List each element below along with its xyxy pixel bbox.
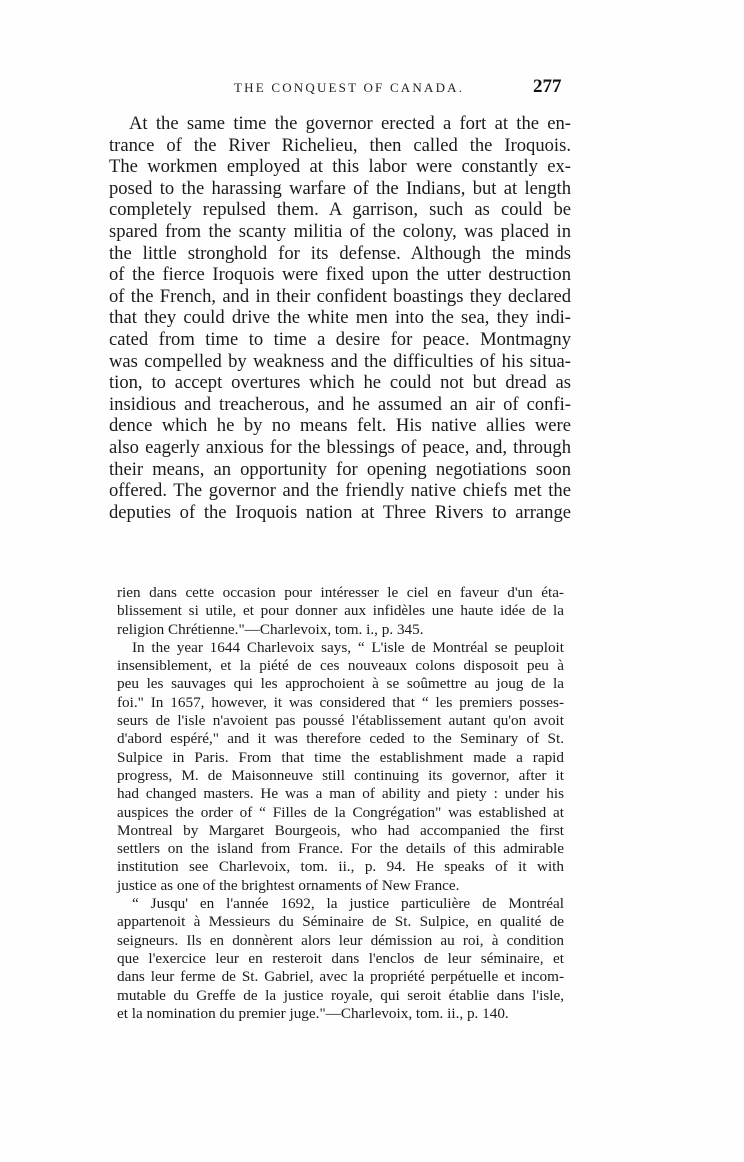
footnotes: rien dans cette occasion pour intéresser…	[117, 584, 564, 1023]
footnote-line: had changed masters. He was a man of abi…	[117, 785, 564, 803]
footnote-line: foi." In 1657, however, it was considere…	[117, 694, 564, 712]
main-text: At the same time the governor erected a …	[109, 113, 571, 523]
page-header: THE CONQUEST OF CANADA. 277	[110, 76, 570, 100]
text-line: insidious and treacherous, and he assume…	[109, 394, 571, 416]
footnote-line: religion Chrétienne."—Charlevoix, tom. i…	[117, 621, 564, 639]
text-line: their means, an opportunity for opening …	[109, 459, 571, 481]
text-line: that they could drive the white men into…	[109, 307, 571, 329]
footnote-line: appartenoit à Messieurs du Séminaire de …	[117, 913, 564, 931]
text-line: of the fierce Iroquois were fixed upon t…	[109, 264, 571, 286]
text-line: completely repulsed them. A garrison, su…	[109, 199, 571, 221]
footnote-line: “ Jusqu' en l'année 1692, la justice par…	[117, 895, 564, 913]
running-title: THE CONQUEST OF CANADA.	[234, 80, 464, 96]
text-line: spared from the scanty militia of the co…	[109, 221, 571, 243]
text-line: offered. The governor and the friendly n…	[109, 480, 571, 502]
footnote-line: blissement si utile, et pour donner aux …	[117, 602, 564, 620]
text-line: cated from time to time a desire for pea…	[109, 329, 571, 351]
footnote-line: que l'exercice leur en resteroit dans l'…	[117, 950, 564, 968]
footnote-line: progress, M. de Maisonneuve still contin…	[117, 767, 564, 785]
text-line: trance of the River Richelieu, then call…	[109, 135, 571, 157]
text-line: At the same time the governor erected a …	[109, 113, 571, 135]
footnote-line: In the year 1644 Charlevoix says, “ L'is…	[117, 639, 564, 657]
text-line: posed to the harassing warfare of the In…	[109, 178, 571, 200]
text-line: of the French, and in their confident bo…	[109, 286, 571, 308]
footnote-line: mutable du Greffe de la justice royale, …	[117, 987, 564, 1005]
footnote-line: auspices the order of “ Filles de la Con…	[117, 804, 564, 822]
book-page: THE CONQUEST OF CANADA. 277 At the same …	[0, 0, 744, 1162]
footnote-line: peu les sauvages qui les approchoient à …	[117, 675, 564, 693]
footnote-line: institution see Charlevoix, tom. ii., p.…	[117, 858, 564, 876]
footnote-line: Montreal by Margaret Bourgeois, who had …	[117, 822, 564, 840]
footnote-line: seurs de l'isle n'avoient pas poussé l'é…	[117, 712, 564, 730]
text-line: the little stronghold for its defense. A…	[109, 243, 571, 265]
text-line: also eagerly anxious for the blessings o…	[109, 437, 571, 459]
footnote-line: justice as one of the brightest ornament…	[117, 877, 564, 895]
footnote-line: seigneurs. Ils en donnèrent alors leur d…	[117, 932, 564, 950]
footnote-line: Sulpice in Paris. From that time the est…	[117, 749, 564, 767]
footnote-line: dans leur ferme de St. Gabriel, avec la …	[117, 968, 564, 986]
footnote-line: insensiblement, et la piété de ces nouve…	[117, 657, 564, 675]
footnote-line: et la nomination du premier juge."—Charl…	[117, 1005, 564, 1023]
footnote-line: settlers on the island from France. For …	[117, 840, 564, 858]
page-number: 277	[533, 76, 562, 98]
footnote-line: rien dans cette occasion pour intéresser…	[117, 584, 564, 602]
text-line: tion, to accept overtures which he could…	[109, 372, 571, 394]
text-line: dence which he by no means felt. His nat…	[109, 415, 571, 437]
text-line: The workmen employed at this labor were …	[109, 156, 571, 178]
text-line: deputies of the Iroquois nation at Three…	[109, 502, 571, 524]
text-line: was compelled by weakness and the diffic…	[109, 351, 571, 373]
footnote-line: d'abord espéré," and it was therefore ce…	[117, 730, 564, 748]
